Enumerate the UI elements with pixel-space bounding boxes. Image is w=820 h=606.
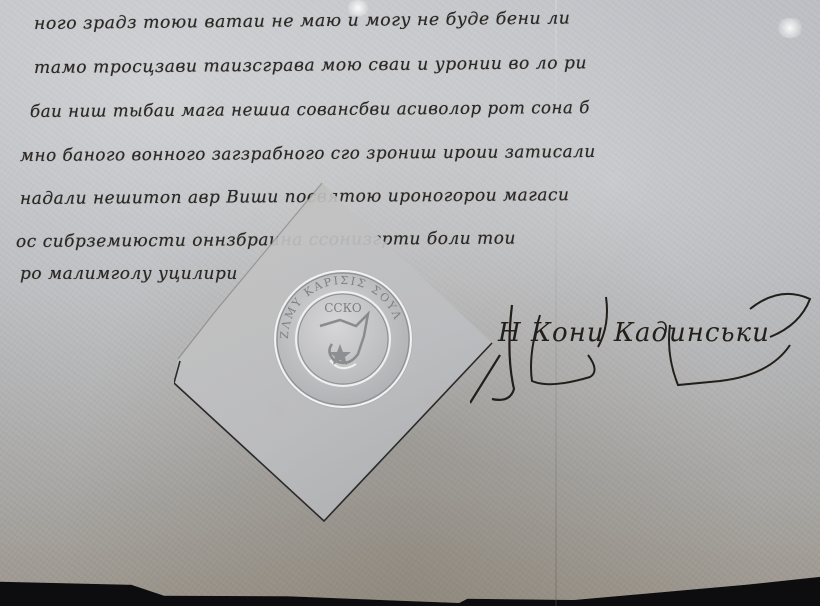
text-line-2: тамо тросцзави таизсграва мою сваи и уро… [34, 53, 587, 78]
text-line-3: баи ниш тыбаи мага нешиа совансбви асиво… [30, 98, 590, 122]
text-line-1: ного зрадз тоюи ватаи не маю и могу не б… [34, 8, 571, 34]
signature-name: Н Кони Кадинськи [498, 318, 770, 348]
wax-seal: ΖΛΜΥ ΚΑΡΙΣΙΣ ΣΟΥΛ ССКО [268, 264, 418, 414]
seal-inner-legend: ССКО [324, 301, 362, 315]
manuscript-photo: ного зрадз тоюи ватаи не маю и могу не б… [0, 0, 820, 606]
text-line-4: мно баного вонного загзрабного сго зрони… [20, 142, 596, 166]
